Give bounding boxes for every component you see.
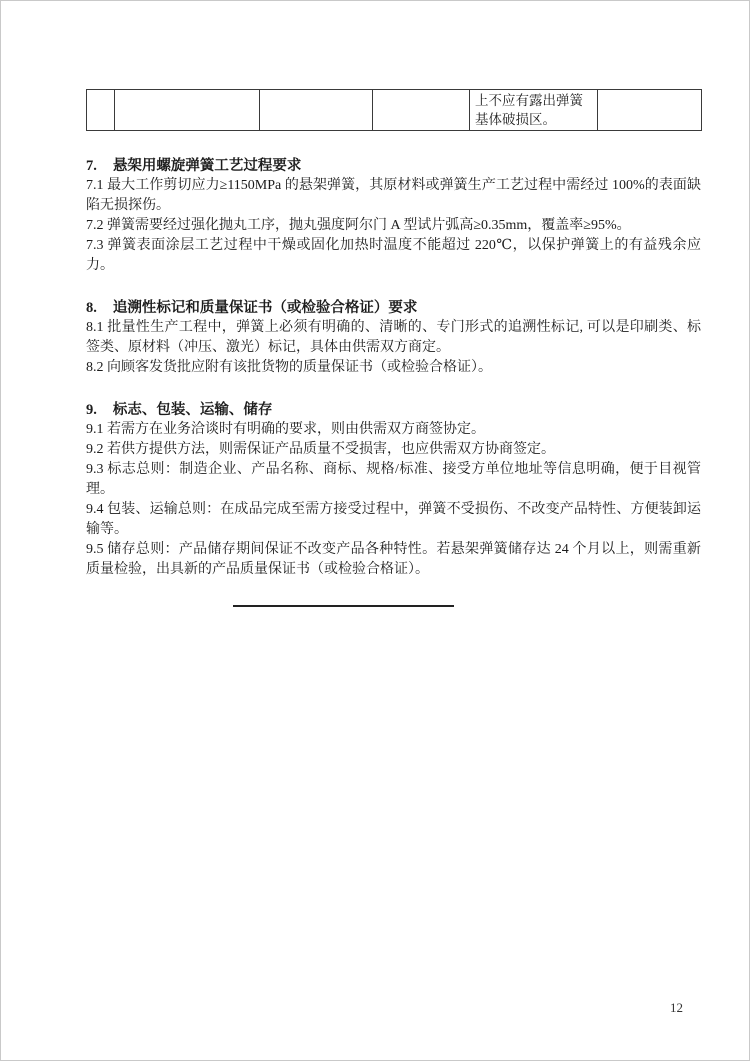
section-7: 7.悬架用螺旋弹簧工艺过程要求 7.1 最大工作剪切应力≥1150MPa 的悬架… bbox=[86, 156, 701, 276]
table-cell: 上不应有露出弹簧基体破损区。 bbox=[470, 90, 598, 131]
document-page: 上不应有露出弹簧基体破损区。 7.悬架用螺旋弹簧工艺过程要求 7.1 最大工作剪… bbox=[0, 0, 750, 1061]
section-number: 7. bbox=[86, 156, 97, 176]
section-7-heading: 7.悬架用螺旋弹簧工艺过程要求 bbox=[86, 156, 701, 176]
paragraph-9-3: 9.3 标志总则：制造企业、产品名称、商标、规格/标准、接受方单位地址等信息明确… bbox=[86, 460, 701, 500]
section-8: 8.追溯性标记和质量保证书（或检验合格证）要求 8.1 批量性生产工程中，弹簧上… bbox=[86, 298, 701, 378]
section-number: 9. bbox=[86, 400, 97, 420]
document-content: 上不应有露出弹簧基体破损区。 7.悬架用螺旋弹簧工艺过程要求 7.1 最大工作剪… bbox=[86, 89, 701, 607]
end-of-document-divider bbox=[233, 605, 454, 607]
table-cell bbox=[598, 90, 702, 131]
paragraph-8-1: 8.1 批量性生产工程中，弹簧上必须有明确的、清晰的、专门形式的追溯性标记, 可… bbox=[86, 318, 701, 358]
section-title: 标志、包装、运输、储存 bbox=[113, 402, 273, 418]
section-9: 9.标志、包装、运输、储存 9.1 若需方在业务洽谈时有明确的要求，则由供需双方… bbox=[86, 400, 701, 580]
spec-table-fragment: 上不应有露出弹簧基体破损区。 bbox=[86, 89, 702, 131]
paragraph-7-1: 7.1 最大工作剪切应力≥1150MPa 的悬架弹簧，其原材料或弹簧生产工艺过程… bbox=[86, 176, 701, 216]
section-title: 悬架用螺旋弹簧工艺过程要求 bbox=[113, 158, 302, 174]
paragraph-9-5: 9.5 储存总则：产品储存期间保证不改变产品各种特性。若悬架弹簧储存达 24 个… bbox=[86, 540, 701, 580]
paragraph-9-2: 9.2 若供方提供方法，则需保证产品质量不受损害，也应供需双方协商签定。 bbox=[86, 440, 701, 460]
table-cell bbox=[115, 90, 260, 131]
table-cell bbox=[87, 90, 115, 131]
paragraph-9-1: 9.1 若需方在业务洽谈时有明确的要求，则由供需双方商签协定。 bbox=[86, 420, 701, 440]
table-row: 上不应有露出弹簧基体破损区。 bbox=[87, 90, 702, 131]
section-title: 追溯性标记和质量保证书（或检验合格证）要求 bbox=[113, 300, 418, 316]
section-8-heading: 8.追溯性标记和质量保证书（或检验合格证）要求 bbox=[86, 298, 701, 318]
paragraph-7-3: 7.3 弹簧表面涂层工艺过程中干燥或固化加热时温度不能超过 220℃，以保护弹簧… bbox=[86, 236, 701, 276]
section-9-heading: 9.标志、包装、运输、储存 bbox=[86, 400, 701, 420]
paragraph-7-2: 7.2 弹簧需要经过强化抛丸工序，抛丸强度阿尔门 A 型试片弧高≥0.35mm，… bbox=[86, 216, 701, 236]
table-cell bbox=[373, 90, 470, 131]
section-number: 8. bbox=[86, 298, 97, 318]
table-cell bbox=[260, 90, 373, 131]
paragraph-8-2: 8.2 向顾客发货批应附有该批货物的质量保证书（或检验合格证）。 bbox=[86, 358, 701, 378]
paragraph-9-4: 9.4 包装、运输总则：在成品完成至需方接受过程中，弹簧不受损伤、不改变产品特性… bbox=[86, 500, 701, 540]
page-number: 12 bbox=[670, 1000, 683, 1016]
